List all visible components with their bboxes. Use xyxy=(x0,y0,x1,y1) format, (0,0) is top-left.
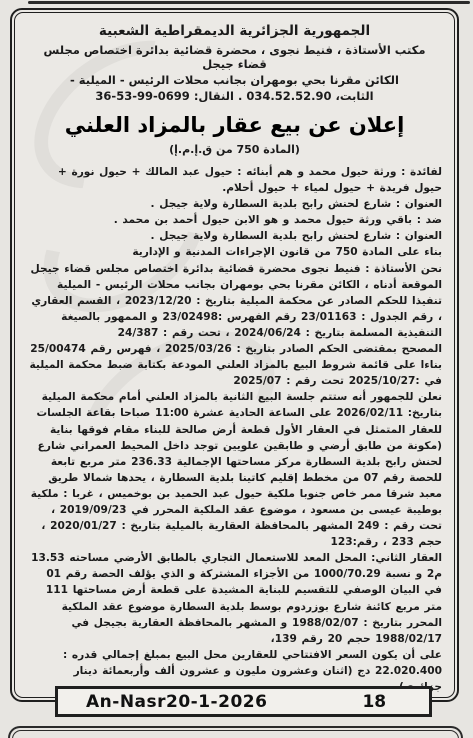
body-paragraph: المصحح بمقتضى الحكم الصادر بتاريخ : 2025… xyxy=(27,341,442,357)
body-paragraph: بناء على المادة 750 من قانون الإجراءات ا… xyxy=(27,244,442,260)
next-ad-frame-inner xyxy=(12,730,459,738)
previous-ad-frame-remnant xyxy=(28,1,470,4)
office-header: الجمهورية الجزائرية الديمقراطية الشعبية … xyxy=(27,23,442,103)
next-ad-frame-remnant xyxy=(8,726,463,738)
scanned-newspaper-notice-page: { "header": { "line1": "الجمهورية الجزائ… xyxy=(0,0,473,738)
office-address-line: الكائن مقرنا بحي بومهران بجانب محلات الر… xyxy=(27,73,442,87)
notice-content: الجمهورية الجزائرية الديمقراطية الشعبية … xyxy=(27,23,442,698)
body-paragraph: العنوان : شارع لحنش رابح بلدية السطارة و… xyxy=(27,228,442,244)
body-paragraph: بناءا على قائمة شروط البيع بالمزاد العلن… xyxy=(27,357,442,389)
body-paragraph: تنفيذا للحكم الصادر عن محكمة الميلية بتا… xyxy=(27,293,442,341)
notice-title: إعلان عن بيع عقار بالمزاد العلني xyxy=(27,113,442,137)
body-paragraph: العقار الثاني: المحل المعد للاستعمال الت… xyxy=(27,550,442,647)
body-paragraph: لفائدة : ورثة حيول محمد و هم أبنائه : حي… xyxy=(27,164,442,196)
body-paragraph: نحن الأستاذة : فنيط نجوى محضرة قضائية بد… xyxy=(27,261,442,293)
notice-frame-inner: الجمهورية الجزائرية الديمقراطية الشعبية … xyxy=(14,12,455,698)
office-name-line: مكتب الأستاذة ، فنيط نجوى ، محضرة قضائية… xyxy=(27,43,442,71)
body-paragraph: العنوان : شارع لحنش رابح بلدية السطارة و… xyxy=(27,196,442,212)
notice-frame: الجمهورية الجزائرية الديمقراطية الشعبية … xyxy=(10,8,459,702)
office-phone-line: الثابت، 034.52.52.90 . النقال: 0699-99-5… xyxy=(27,89,442,103)
body-paragraph: ضد : باقي ورثة حيول محمد و هو الابن حيول… xyxy=(27,212,442,228)
publication-footer-box: An-Nasr20-1-2026 18 xyxy=(55,686,432,717)
republic-title: الجمهورية الجزائرية الديمقراطية الشعبية xyxy=(27,23,442,39)
body-paragraph: نعلن للجمهور أنه ستتم جلسة البيع الثانية… xyxy=(27,389,442,550)
footer-page-number: 18 xyxy=(362,692,386,712)
legal-article-reference: (المادة 750 من ق.إ.م.إ) xyxy=(27,143,442,156)
footer-source-date: An-Nasr20-1-2026 xyxy=(86,692,267,712)
notice-body: لفائدة : ورثة حيول محمد و هم أبنائه : حي… xyxy=(27,164,442,698)
